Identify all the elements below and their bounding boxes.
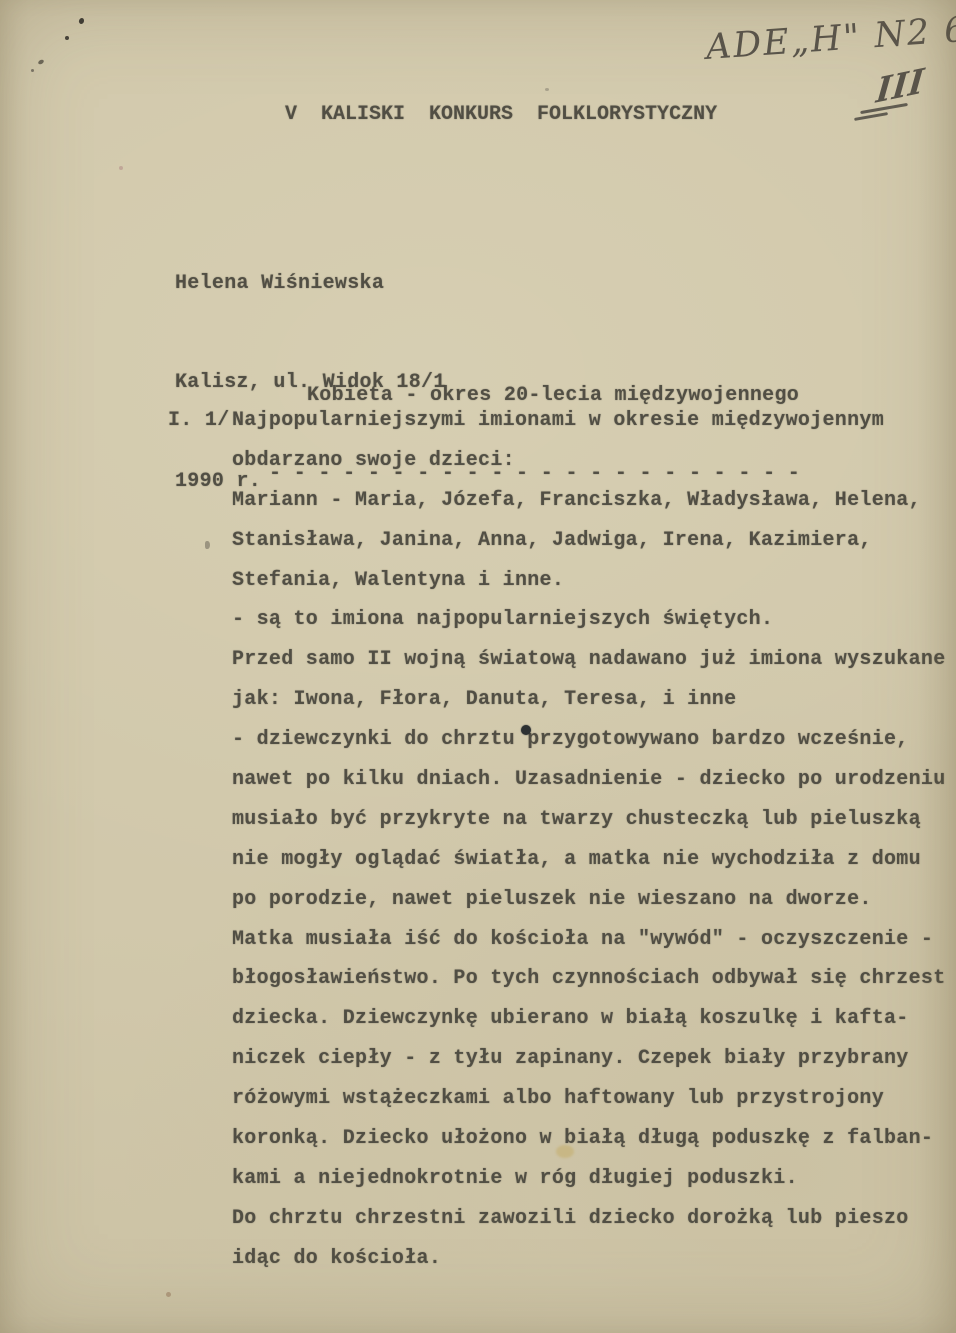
typed-line: - dziewczynki do chrztu przygotowywano b…: [232, 720, 946, 760]
typed-line: różowymi wstążeczkami albo haftowany lub…: [232, 1079, 946, 1119]
list-item-marker: I. 1/: [168, 401, 230, 441]
typed-line: Stefania, Walentyna i inne.: [232, 561, 946, 601]
typed-line: Matka musiała iść do kościoła na "wywód"…: [232, 920, 946, 960]
typed-line: nawet po kilku dniach. Uzasadnienie - dz…: [232, 760, 946, 800]
ink-speck: [545, 88, 549, 91]
typed-line: Mariann - Maria, Józefa, Franciszka, Wła…: [232, 481, 946, 521]
typed-line: idąc do kościoła.: [232, 1239, 946, 1279]
typed-line: po porodzie, nawet pieluszek nie wieszan…: [232, 880, 946, 920]
ink-speck: [166, 1292, 171, 1297]
author-name: Helena Wiśniewska: [175, 267, 446, 300]
ink-speck: [119, 166, 123, 170]
typed-line: Stanisława, Janina, Anna, Jadwiga, Irena…: [232, 521, 946, 561]
typed-line: musiało być przykryte na twarzy chustecz…: [232, 800, 946, 840]
typed-line: dziecka. Dziewczynkę ubierano w białą ko…: [232, 999, 946, 1039]
document-title: V KALISKI KONKURS FOLKLORYSTYCZNY: [285, 103, 717, 126]
typed-line: jak: Iwona, Fłora, Danuta, Teresa, i inn…: [232, 680, 946, 720]
ink-speck: [65, 36, 69, 40]
typed-line: koronką. Dziecko ułożono w białą długą p…: [232, 1119, 946, 1159]
scanned-document-page: ADE„H" N2 6/= III V KALISKI KONKURS FOLK…: [0, 0, 956, 1333]
typed-line: - są to imiona najpopularniejszych święt…: [232, 600, 946, 640]
typed-line: Najpopularniejszymi imionami w okresie m…: [232, 401, 946, 441]
document-body: Najpopularniejszymi imionami w okresie m…: [232, 401, 946, 1279]
typed-line: obdarzano swoje dzieci:: [232, 441, 946, 481]
typed-line: błogosławieństwo. Po tych czynnościach o…: [232, 959, 946, 999]
typed-line: kami a niejednokrotnie w róg długiej pod…: [232, 1159, 946, 1199]
handwritten-ref-annotation: ADE„H" N2 6/=: [705, 7, 956, 68]
ink-speck: [37, 59, 44, 65]
ink-speck: [78, 17, 85, 24]
typed-line: Do chrztu chrzestni zawozili dziecko dor…: [232, 1199, 946, 1239]
typed-line: nie mogły oglądać światła, a matka nie w…: [232, 840, 946, 880]
typed-line: niczek ciepły - z tyłu zapinany. Czepek …: [232, 1039, 946, 1079]
typed-line: Przed samo II wojną światową nadawano ju…: [232, 640, 946, 680]
handwritten-underline-stroke: [854, 112, 888, 120]
ink-speck: [31, 69, 34, 72]
